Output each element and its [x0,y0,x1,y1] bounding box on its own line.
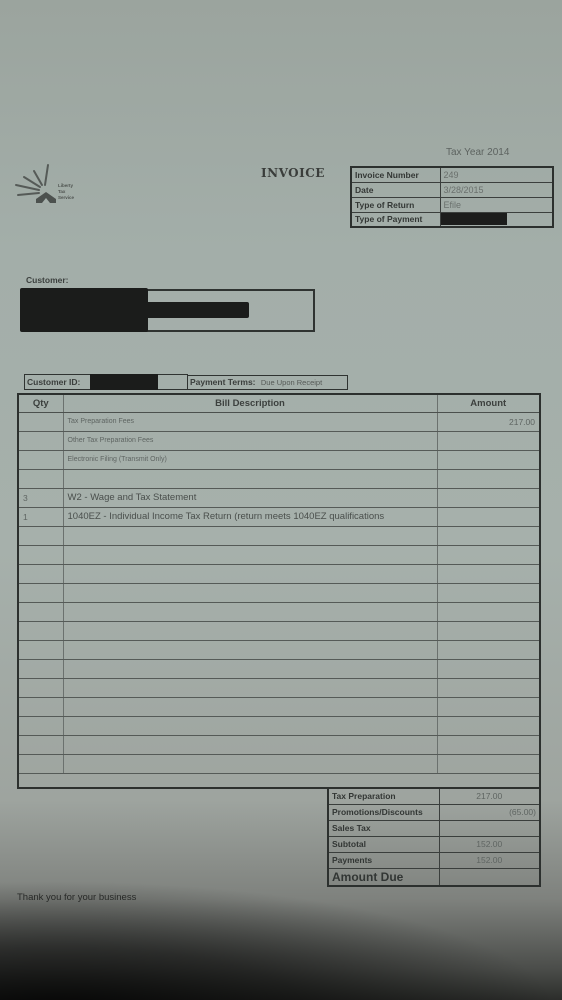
sales-tax-label: Sales Tax [328,820,439,836]
row-qty [19,469,63,488]
payment-terms-value: Due Upon Receipt [261,378,322,387]
info-row-invoice-number: Invoice Number 249 [351,167,553,182]
row-amount [437,735,539,754]
amount-due-value [439,868,540,886]
row-amount [437,716,539,735]
date-value: 3/28/2015 [440,182,553,197]
qty-header: Qty [19,395,63,412]
row-qty: 1 [19,507,63,526]
bill-table: Qty Bill Description Amount Tax Preparat… [19,395,539,774]
row-description [63,735,437,754]
row-amount [437,621,539,640]
invoice-number-label: Invoice Number [351,167,440,182]
row-amount: 217.00 [437,412,539,431]
thank-you-note: Thank you for your business [17,892,136,903]
row-qty: 3 [19,488,63,507]
row-description [63,678,437,697]
info-row-date: Date 3/28/2015 [351,182,553,197]
totals-table: Tax Preparation217.00Promotions/Discount… [327,787,541,887]
row-qty [19,754,63,773]
redaction-mark [441,213,507,225]
row-description [63,564,437,583]
customer-id-label: Customer ID: [27,377,80,387]
table-row: 3W2 - Wage and Tax Statement [19,488,539,507]
row-qty [19,678,63,697]
subtotal-label: Subtotal [328,836,439,852]
redaction-mark [20,288,148,332]
redaction-mark [90,374,158,390]
sales-tax-value [439,820,540,836]
row-description: Other Tax Preparation Fees [63,431,437,450]
table-row [19,735,539,754]
customer-label: Customer: [26,275,69,285]
description-header: Bill Description [63,395,437,412]
row-amount [437,526,539,545]
table-row: Electronic Filing (Transmit Only) [19,450,539,469]
totals-row-subtotal: Subtotal152.00 [328,836,540,852]
tax-preparation-label: Tax Preparation [328,788,439,804]
row-amount [437,488,539,507]
row-qty [19,640,63,659]
row-qty [19,412,63,431]
promotions-discounts-label: Promotions/Discounts [328,804,439,820]
row-amount [437,640,539,659]
row-description [63,602,437,621]
row-description [63,640,437,659]
row-qty [19,431,63,450]
row-description [63,545,437,564]
amount-header: Amount [437,395,539,412]
row-description [63,697,437,716]
invoice-title: INVOICE [261,166,325,180]
promotions-discounts-value: (65.00) [439,804,540,820]
totals-row-promotions-discounts: Promotions/Discounts(65.00) [328,804,540,820]
table-row [19,640,539,659]
row-qty [19,659,63,678]
row-amount [437,697,539,716]
row-qty [19,564,63,583]
row-qty [19,697,63,716]
payment-type-label: Type of Payment [351,212,440,227]
row-amount [437,583,539,602]
row-amount [437,545,539,564]
totals-row-tax-preparation: Tax Preparation217.00 [328,788,540,804]
row-qty [19,545,63,564]
table-row [19,678,539,697]
row-description [63,716,437,735]
table-row [19,716,539,735]
row-amount [437,678,539,697]
invoice-number-value: 249 [440,167,553,182]
table-row: Other Tax Preparation Fees [19,431,539,450]
info-row-return-type: Type of Return Efile [351,197,553,212]
payments-value: 152.00 [439,852,540,868]
row-qty [19,716,63,735]
row-qty [19,602,63,621]
totals-row-payments: Payments152.00 [328,852,540,868]
totals-row-amount-due: Amount Due [328,868,540,886]
info-row-payment-type: Type of Payment [351,212,553,227]
row-amount [437,564,539,583]
row-description: Tax Preparation Fees [63,412,437,431]
row-qty [19,450,63,469]
row-amount [437,754,539,773]
statue-of-liberty-torch-icon [12,163,62,209]
payment-type-value [440,212,553,227]
row-description: 1040EZ - Individual Income Tax Return (r… [63,507,437,526]
bill-table-container: Qty Bill Description Amount Tax Preparat… [17,393,541,789]
row-description: Electronic Filing (Transmit Only) [63,450,437,469]
table-row [19,564,539,583]
logo-text: Liberty Tax Service [58,183,74,201]
row-description [63,754,437,773]
row-description: W2 - Wage and Tax Statement [63,488,437,507]
payment-terms-label: Payment Terms: [190,377,256,387]
payments-label: Payments [328,852,439,868]
row-amount [437,469,539,488]
row-amount [437,659,539,678]
row-description [63,526,437,545]
row-qty [19,735,63,754]
table-row: Tax Preparation Fees217.00 [19,412,539,431]
invoice-info-table: Invoice Number 249 Date 3/28/2015 Type o… [350,166,554,228]
table-row: 11040EZ - Individual Income Tax Return (… [19,507,539,526]
payment-terms-box: Payment Terms: Due Upon Receipt [187,375,348,390]
date-label: Date [351,182,440,197]
return-type-label: Type of Return [351,197,440,212]
table-row [19,545,539,564]
row-qty [19,526,63,545]
amount-due-label: Amount Due [328,868,439,886]
row-amount [437,507,539,526]
table-row [19,469,539,488]
row-description [63,583,437,602]
table-row [19,754,539,773]
row-amount [437,450,539,469]
table-row [19,621,539,640]
table-row [19,602,539,621]
row-amount [437,431,539,450]
table-row [19,697,539,716]
company-logo: Liberty Tax Service [12,163,92,209]
row-description [63,621,437,640]
bill-table-header: Qty Bill Description Amount [19,395,539,412]
row-description [63,659,437,678]
table-row [19,659,539,678]
return-type-value: Efile [440,197,553,212]
tax-year: Tax Year 2014 [446,147,509,158]
tax-preparation-value: 217.00 [439,788,540,804]
redaction-mark [145,302,249,318]
row-qty [19,621,63,640]
row-qty [19,583,63,602]
table-row [19,583,539,602]
row-description [63,469,437,488]
table-row [19,526,539,545]
subtotal-value: 152.00 [439,836,540,852]
row-amount [437,602,539,621]
totals-row-sales-tax: Sales Tax [328,820,540,836]
